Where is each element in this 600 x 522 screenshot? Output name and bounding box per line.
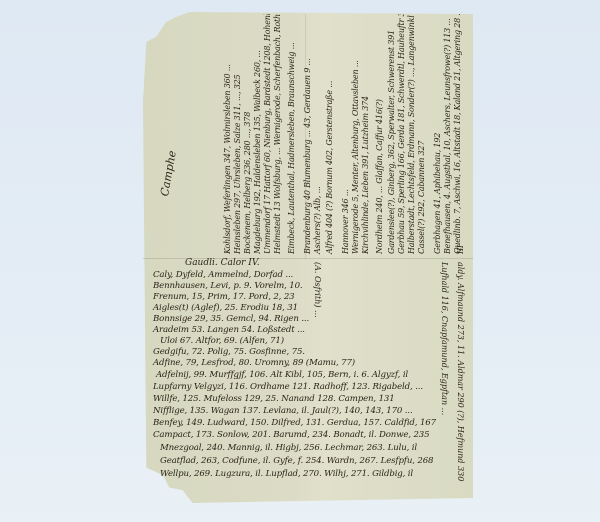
top-half-text: III Quedlinb. 7, Aschwi, 16, Altstadt 18… [150, 14, 470, 258]
manuscript-line: Aigles(t) (Aglef), 25. Erodiu 18, 31 [153, 303, 298, 313]
manuscript-line: Eimbeck, Lautenthal, Hadmersleben, Braun… [287, 42, 296, 254]
manuscript-line: Ummendorf 17 Hattorf 60, Nienburg, Bards… [263, 14, 272, 254]
manuscript-line: Bonnsige 29, 35. Gemcl, 94. Rigen ... [153, 314, 309, 324]
manuscript-line: Gardenslee(?), Ginberg, 362, Sperwalter,… [387, 30, 396, 254]
manuscript-line: Frenum, 15, Prim, 17. Pord, 2, 23 [153, 292, 294, 302]
manuscript-line: Kohlsdorf, Weferlingen 347, Wolmirsleben… [223, 64, 232, 254]
manuscript-line: Wellpu, 269. Lugzura, il. Lupflad, 270. … [160, 469, 413, 479]
margin-note: aldy. Alfmaund 273, 11. Aldmar 290 (?), … [456, 262, 465, 481]
manuscript-line: Gerbhagen 41, Aphibehau, 192 [433, 133, 442, 254]
manuscript-line: Halberstadt, Lechtsfeld, Erdmann, Sonder… [407, 14, 416, 254]
manuscript-line: Bennhausen, Levi, p. 9. Vorelm, 10. [153, 281, 302, 291]
manuscript-line: Benefhausen, 4. Augsthal, 10, Aschers, L… [443, 19, 452, 254]
manuscript-line: Nordheim 240, ... Glaffan, Caffur 416(?) [375, 99, 384, 254]
manuscript-line: Geatflad, 263, Codfune, il. Gyfe, f. 254… [160, 456, 433, 466]
manuscript-line: Aschers(?) Alb, ... [313, 186, 322, 254]
manuscript-line: Benfey, 149. Ludward, 150. Dilfred, 131.… [153, 418, 436, 428]
manuscript-line: Brandenburg 40 Blumenburg ... 43, Gerdau… [303, 59, 312, 254]
manuscript-line: Caly, Dyfeld, Ammelnd, Dorfad ... [153, 270, 293, 280]
manuscript-line: Cassel(?) 292, Cabannen 327 [417, 141, 426, 254]
manuscript-line: Kirchvihlinde, Lieben 391, Lutzheim 374 [361, 96, 370, 254]
manuscript-line: Gerbhau 59, Sperling 166, Gerda 181, Sch… [397, 14, 406, 254]
manuscript-line: Campact, 173. Sonlow, 201. Barumd, 234. … [153, 430, 429, 440]
margin-note: (A. Osfrith) ... [313, 262, 322, 318]
manuscript-line: Heinsleben 297, Uhrsleben, Salze 311, ..… [233, 75, 242, 254]
manuscript-line: Adfelnij, 99. Murffgjf, 106. Alt Kibl, 1… [156, 370, 408, 380]
manuscript-line: Magdeburg 192, Haldensleben 135, Walbeck… [253, 51, 262, 254]
manuscript-line: Bockenem, Helberg 236, 280 ..., 378 [243, 112, 252, 254]
manuscript-line: Alfred 404 (?) Bornum 402, Gerstenstraße… [325, 81, 334, 254]
margin-note: Lufhald 116, Cnapfamund, Egpftan ... [440, 262, 449, 415]
manuscript-line: Gedgifu, 72. Polig, 75. Gosfinne, 75. [153, 347, 305, 357]
manuscript-line: Nifflige, 135. Wagan 137. Levlana, il. J… [153, 406, 413, 416]
manuscript-line: Quedlinb. 7, Aschwi, 16, Altstadt 18, Ka… [453, 14, 462, 254]
manuscript-line: Willfe, 125. Mufeloss 129, 25. Nanand 12… [153, 394, 395, 404]
manuscript-line: Helmstedt 13 Wolfsburg, ... Wernigerode,… [273, 14, 282, 254]
manuscript-line: Lupfarny Velgyzi, 116. Ordhame 121. Radh… [153, 382, 423, 392]
manuscript-line: Aradeim 53. Langen 54. Loßstedt ... [153, 325, 305, 335]
section-title: Gaudli. Calor IV. [185, 258, 260, 268]
manuscript-line: Hannover 346 ... [341, 189, 350, 254]
manuscript-line: Uloi 67. Altfor, 69. (Alfen, 71) [160, 336, 284, 346]
manuscript-line: Wernigerode 5, Menter, Altenburg, Ottavs… [351, 60, 360, 254]
manuscript-line: Mnezgoal, 240. Mannig, il. Higbj, 256. L… [160, 443, 417, 453]
manuscript-line: Adfine, 79, Lesfrod, 80. Uromny, 89 (Mam… [153, 358, 355, 368]
